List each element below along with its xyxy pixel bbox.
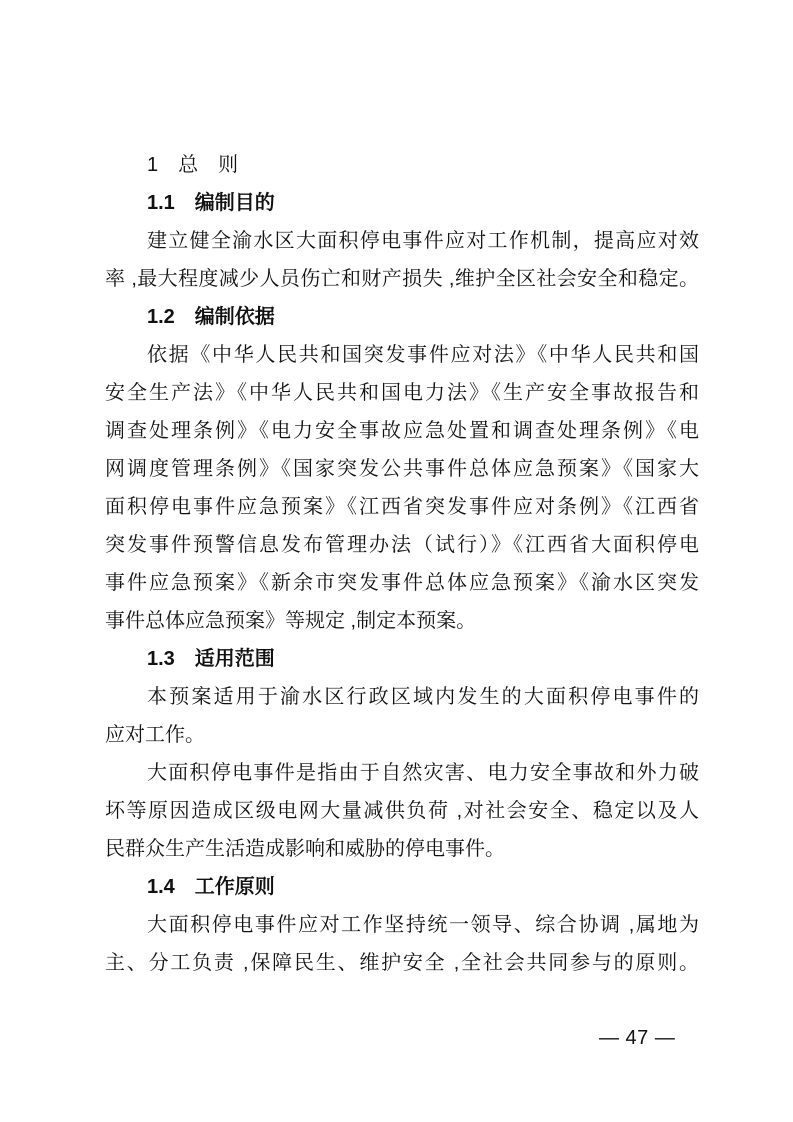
paragraph-line: 率 ,最大程度减少人员伤亡和财产损失 ,维护全区社会安全和稳定。 (105, 260, 699, 298)
paragraph-line: 网调度管理条例》《国家突发公共事件总体应急预案》《国家大 (105, 450, 699, 488)
paragraph-line: 民群众生产生活造成影响和威胁的停电事件。 (105, 830, 699, 868)
section-heading-1-4: 1.4 工作原则 (105, 868, 699, 906)
paragraph-line: 建立健全渝水区大面积停电事件应对工作机制，提高应对效 (105, 222, 699, 260)
section-heading-1-2: 1.2 编制依据 (105, 298, 699, 336)
paragraph-line: 面积停电事件应急预案》《江西省突发事件应对条例》《江西省 (105, 488, 699, 526)
paragraph-line: 大面积停电事件是指由于自然灾害、电力安全事故和外力破 (105, 754, 699, 792)
paragraph-line: 本预案适用于渝水区行政区域内发生的大面积停电事件的 (105, 678, 699, 716)
paragraph-line: 大面积停电事件应对工作坚持统一领导、综合协调 ,属地为 (105, 906, 699, 944)
page-number: — 47 — (599, 1026, 675, 1050)
section-heading-1-1: 1.1 编制目的 (105, 184, 699, 222)
paragraph-line: 依据《中华人民共和国突发事件应对法》《中华人民共和国 (105, 336, 699, 374)
section-heading-1-3: 1.3 适用范围 (105, 640, 699, 678)
paragraph-line: 事件应急预案》《新余市突发事件总体应急预案》《渝水区突发 (105, 564, 699, 602)
document-body: 1 总 则 1.1 编制目的 建立健全渝水区大面积停电事件应对工作机制，提高应对… (105, 146, 699, 982)
paragraph-line: 事件总体应急预案》等规定 ,制定本预案。 (105, 602, 699, 640)
paragraph-line: 主、分工负责 ,保障民生、维护安全 ,全社会共同参与的原则。 (105, 944, 699, 982)
paragraph-line: 坏等原因造成区级电网大量减供负荷 ,对社会安全、稳定以及人 (105, 792, 699, 830)
paragraph-line: 应对工作。 (105, 716, 699, 754)
paragraph-line: 突发事件预警信息发布管理办法（试行）》《江西省大面积停电 (105, 526, 699, 564)
chapter-heading: 1 总 则 (105, 146, 699, 184)
paragraph-line: 调查处理条例》《电力安全事故应急处置和调查处理条例》《电 (105, 412, 699, 450)
document-page: 1 总 则 1.1 编制目的 建立健全渝水区大面积停电事件应对工作机制，提高应对… (0, 0, 793, 1122)
paragraph-line: 安全生产法》《中华人民共和国电力法》《生产安全事故报告和 (105, 374, 699, 412)
